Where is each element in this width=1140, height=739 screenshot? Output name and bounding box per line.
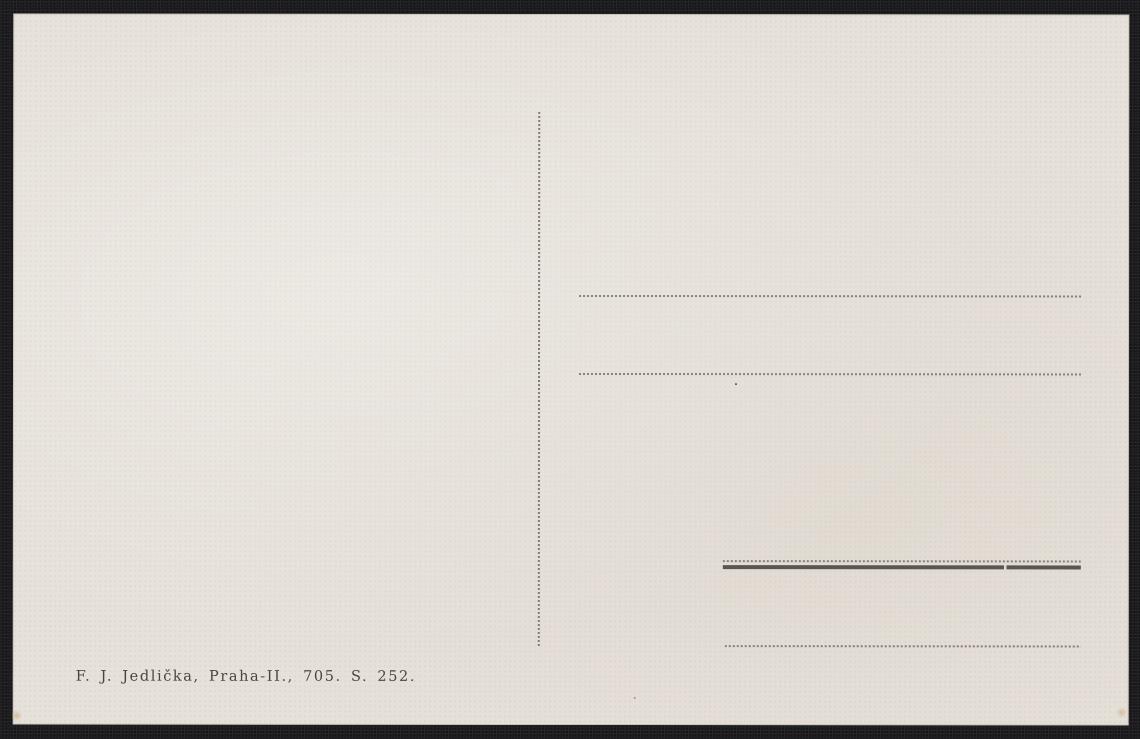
address-line-1 [579,295,1081,297]
corner-wear [1117,706,1127,718]
address-line-4 [725,645,1081,647]
paper-speck [735,383,737,385]
address-line-3-underline [723,565,1081,569]
message-address-divider [538,112,540,648]
postcard-back: F. J. Jedlička, Praha-II., 705. S. 252. [13,14,1130,726]
paper-speck [634,697,636,699]
address-line-3-dotted [723,560,1081,562]
publisher-imprint: F. J. Jedlička, Praha-II., 705. S. 252. [76,669,416,685]
address-line-2 [579,373,1081,375]
corner-wear [12,710,22,722]
